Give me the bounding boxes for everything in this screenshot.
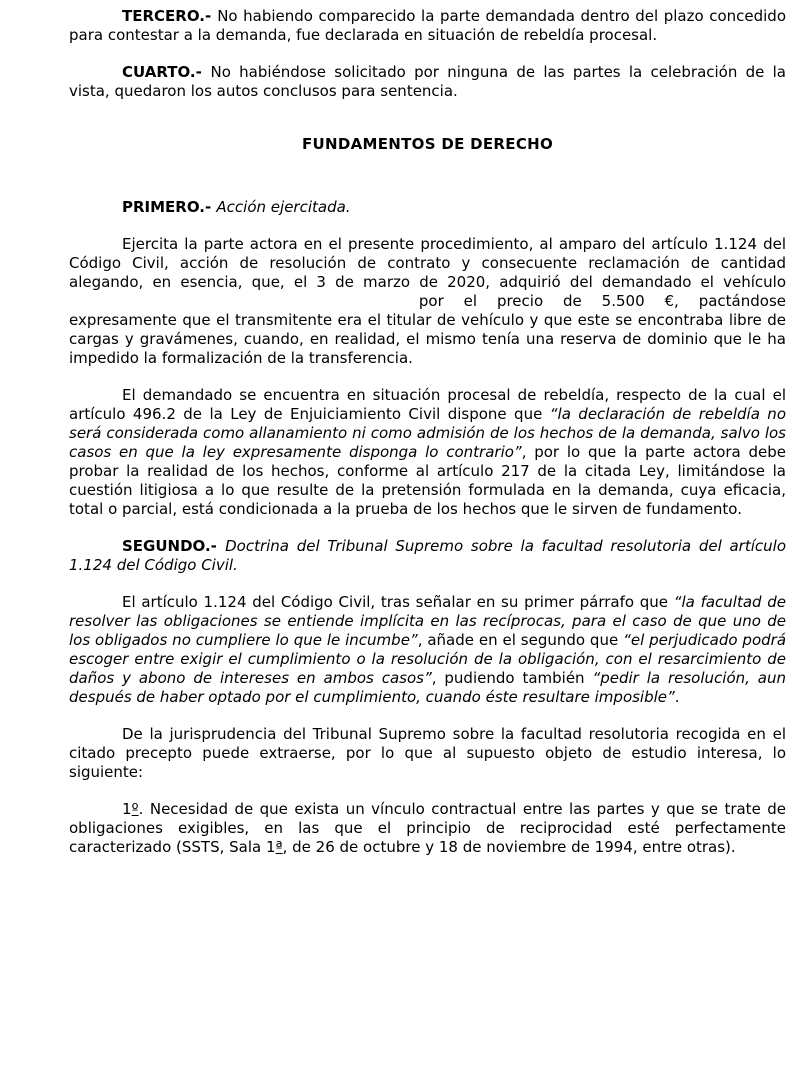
paragraph-rebeldia-procesal: El demandado se encuentra en situación p… [69,386,786,519]
text-run: . [675,688,680,706]
redacted-gap [69,305,399,306]
paragraph-segundo-titulo: SEGUNDO.- Doctrina del Tribunal Supremo … [69,537,786,575]
text-run: ª [276,838,283,856]
paragraph-primero-titulo: PRIMERO.- Acción ejercitada. [69,198,786,217]
heading-fundamentos-de-derecho: FUNDAMENTOS DE DERECHO [69,135,786,154]
document-body: TERCERO.- No habiendo comparecido la par… [69,7,786,857]
text-run: , pudiendo también [432,669,593,687]
text-run: CUARTO.- [122,63,211,81]
text-run: SEGUNDO.- [122,537,225,555]
text-run: PRIMERO.- [122,198,216,216]
text-run: FUNDAMENTOS DE DERECHO [302,135,553,153]
text-run: TERCERO.- [122,7,217,25]
text-run: º [132,800,139,818]
text-run: , de 26 de octubre y 18 de noviembre de … [283,838,736,856]
paragraph-punto-primero: 1º. Necesidad de que exista un vínculo c… [69,800,786,857]
text-run: El artículo 1.124 del Código Civil, tras… [122,593,674,611]
text-run: Ejercita la parte actora en el presente … [69,235,786,291]
text-run: , añade en el segundo que [418,631,623,649]
paragraph-cuarto: CUARTO.- No habiéndose solicitado por ni… [69,63,786,101]
paragraph-accion-ejercitada: Ejercita la parte actora en el presente … [69,235,786,368]
paragraph-articulo-1124: El artículo 1.124 del Código Civil, tras… [69,593,786,707]
text-run: por el precio de 5.500 €, pactándose exp… [69,292,786,367]
paragraph-jurisprudencia: De la jurisprudencia del Tribunal Suprem… [69,725,786,782]
text-run: 1 [122,800,132,818]
paragraph-tercero: TERCERO.- No habiendo comparecido la par… [69,7,786,45]
text-run: Acción ejercitada. [216,198,350,216]
document-page: TERCERO.- No habiendo comparecido la par… [0,0,800,1076]
text-run: De la jurisprudencia del Tribunal Suprem… [69,725,786,781]
